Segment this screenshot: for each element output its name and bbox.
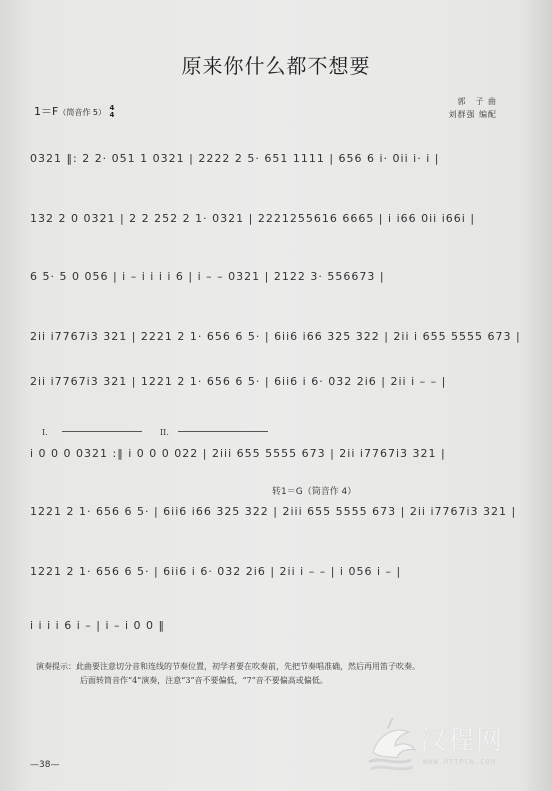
song-title: 原来你什么都不想要 — [0, 50, 552, 79]
page-number: —38— — [30, 760, 59, 770]
key-main: 1＝F — [34, 105, 58, 118]
time-signature: 44 — [109, 105, 114, 119]
volta-second-bracket — [178, 431, 268, 432]
performance-note: 演奏提示：此曲要注意切分音和连线的节奏位置，初学者要在吹奏前，先把节奏唱准确，然… — [36, 660, 526, 688]
key-fingering: （筒音作 5） — [58, 108, 106, 117]
score-line-3: 6 5· 5 0 056 | i – i i i i 6 | i – – 032… — [30, 270, 385, 283]
key-change-marking: 转1＝G（筒音作 4） — [272, 484, 356, 497]
arranger-credit: 刘群强 编配 — [448, 108, 497, 121]
score-line-9: i i i i 6 i – | i – i 0 0 ‖ — [30, 619, 165, 632]
score-line-6: i 0 0 0 0321 :‖ i 0 0 0 022 | 2iii 655 5… — [30, 447, 446, 460]
score-line-2: 132 2 0 0321 | 2 2 252 2 1· 0321 | 22212… — [30, 212, 475, 225]
performance-note-line-1: 演奏提示：此曲要注意切分音和连线的节奏位置，初学者要在吹奏前，先把节奏唱准确，然… — [36, 662, 420, 671]
key-signature: 1＝F（筒音作 5） 44 — [34, 103, 114, 119]
volta-second-ending: II. — [160, 428, 169, 437]
score-line-5: 2ii i7767i3 321 | 1221 2 1· 656 6 5· | 6… — [30, 375, 446, 388]
watermark: 汉程网 WWW.HTTPCN.COM — [365, 712, 540, 777]
volta-first-ending: I. — [42, 428, 48, 437]
watermark-url: WWW.HTTPCN.COM — [423, 758, 496, 766]
score-line-1: 0321 ‖: 2 2· 051 1 0321 | 2222 2 5· 651 … — [30, 152, 439, 165]
credits: 郭 子 曲 刘群强 编配 — [448, 95, 497, 121]
volta-first-bracket — [62, 431, 142, 432]
score-line-4: 2ii i7767i3 321 | 2221 2 1· 656 6 5· | 6… — [30, 330, 521, 343]
sheet-music-page: 原来你什么都不想要 1＝F（筒音作 5） 44 郭 子 曲 刘群强 编配 032… — [0, 0, 552, 791]
score-line-8: 1221 2 1· 656 6 5· | 6ii6 i 6· 032 2i6 |… — [30, 565, 401, 578]
performance-note-line-2: 后面转筒音作“4”演奏，注意“3”音不要偏低，“7”音不要偏高或偏低。 — [36, 674, 526, 688]
dragon-wave-logo-icon — [365, 712, 421, 774]
score-line-7: 1221 2 1· 656 6 5· | 6ii6 i66 325 322 | … — [30, 505, 516, 518]
composer-credit: 郭 子 曲 — [448, 95, 497, 108]
watermark-name: 汉程网 — [420, 720, 504, 757]
